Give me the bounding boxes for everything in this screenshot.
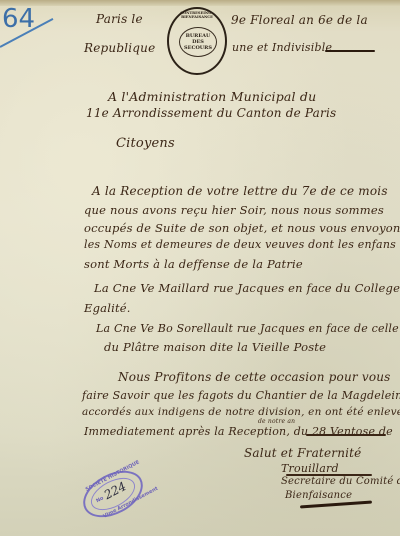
addressee-line2: 11e Arrondissement du Canton de Paris	[86, 106, 336, 120]
body-line: accordés aux indigens de notre division,…	[82, 406, 400, 418]
header-line2-right: une et Indivisible	[232, 41, 332, 54]
closing: Salut et Fraternité	[244, 446, 361, 460]
signature-title-line2: Bienfaisance	[285, 490, 352, 501]
signature-title-line1: Secretaire du Comité de	[281, 476, 400, 487]
seal-ring-text: CONTRESEING · BIENFAISANCE	[169, 11, 225, 19]
body-line: les Noms et demeures de deux veuves dont…	[84, 238, 396, 251]
addressee-line1: A l'Administration Municipal du	[108, 89, 316, 104]
seal-center-line3: SECOURS	[180, 45, 216, 51]
line-flourish	[306, 434, 386, 436]
salutation: Citoyens	[116, 136, 175, 151]
header-line2-left: Republique	[84, 41, 155, 55]
page-top-edge	[0, 0, 400, 6]
interlinear-note: de notre an	[258, 418, 295, 425]
header-flourish	[325, 50, 375, 52]
manuscript-page: 64 Paris le 9e Floreal an 6e de la Repub…	[0, 0, 400, 536]
header-line1-left: Paris le	[96, 12, 143, 26]
header-line1-right: 9e Floreal an 6e de la	[231, 13, 368, 27]
body-line: Nous Profitons de cette occasion pour vo…	[118, 370, 391, 384]
official-seal: CONTRESEING · BIENFAISANCE BUREAU DES SE…	[167, 7, 227, 75]
body-line: faire Savoir que les fagots du Chantier …	[82, 389, 400, 402]
body-line: du Plâtre maison dite la Vieille Poste	[104, 340, 326, 354]
body-line: que nous avons reçu hier Soir, nous nous…	[84, 203, 384, 217]
body-line: La Cne Ve Maillard rue Jacques en face d…	[94, 281, 400, 295]
body-line: sont Morts à la deffense de la Patrie	[84, 257, 303, 271]
seal-center: BUREAU DES SECOURS	[179, 27, 217, 57]
body-line: occupés de Suite de son objet, et nous v…	[84, 221, 400, 235]
body-line: Immediatement après la Reception, du 28 …	[84, 425, 393, 438]
body-line: A la Reception de votre lettre du 7e de …	[92, 184, 388, 198]
archive-stamp: SOCIÉTÉ HISTORIQUE VIme Arrondissement N…	[75, 461, 150, 526]
body-line: Egalité.	[84, 301, 131, 315]
body-line: La Cne Ve Bo Sorellault rue Jacques en f…	[96, 322, 399, 335]
signature-underline	[300, 500, 372, 508]
